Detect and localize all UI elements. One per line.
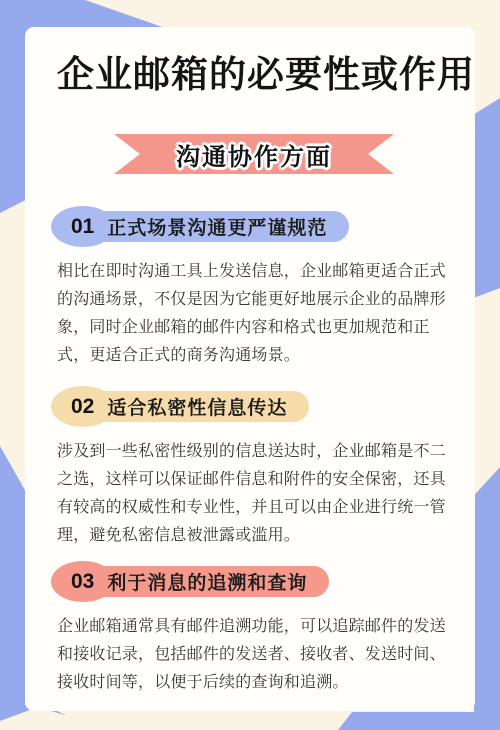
poster-title: 企业邮箱的必要性或作用 — [57, 53, 451, 99]
section-1: 01 正式场景沟通更严谨规范 相比在即时沟通工具上发送信息，企业邮箱更适合正式的… — [57, 174, 451, 370]
section-1-body: 相比在即时沟通工具上发送信息，企业邮箱更适合正式的沟通场景，不仅是因为它能更好地… — [57, 258, 453, 370]
ribbon-label: 沟通协作方面 — [176, 137, 332, 172]
section-3-header-pill: 03 利于消息的追溯和查询 — [57, 566, 329, 597]
section-2-number: 02 — [71, 395, 94, 419]
section-3-heading: 利于消息的追溯和查询 — [107, 568, 307, 595]
section-2-header-pill: 02 适合私密性信息传达 — [57, 391, 309, 422]
section-1-header-pill: 01 正式场景沟通更严谨规范 — [57, 211, 349, 242]
section-1-heading: 正式场景沟通更严谨规范 — [107, 213, 327, 240]
section-ribbon: 沟通协作方面 — [114, 134, 394, 174]
section-2-heading: 适合私密性信息传达 — [107, 393, 287, 420]
section-3: 03 利于消息的追溯和查询 企业邮箱通常具有邮件追溯功能，可以追踪邮件的发送和接… — [57, 550, 451, 697]
section-2: 02 适合私密性信息传达 涉及到一些私密性级别的信息送达时，企业邮箱是不二之选，… — [57, 370, 451, 550]
poster-canvas: 企业邮箱的必要性或作用 沟通协作方面 01 正式场景沟通更严谨规范 相比在即时沟… — [0, 0, 500, 730]
section-3-body: 企业邮箱通常具有邮件追溯功能，可以追踪邮件的发送和接收记录，包括邮件的发送者、接… — [57, 613, 453, 697]
section-3-number: 03 — [71, 570, 94, 594]
section-2-body: 涉及到一些私密性级别的信息送达时，企业邮箱是不二之选，这样可以保证邮件信息和附件… — [57, 438, 453, 550]
content-card: 企业邮箱的必要性或作用 沟通协作方面 01 正式场景沟通更严谨规范 相比在即时沟… — [25, 27, 475, 711]
section-1-number: 01 — [71, 215, 94, 239]
